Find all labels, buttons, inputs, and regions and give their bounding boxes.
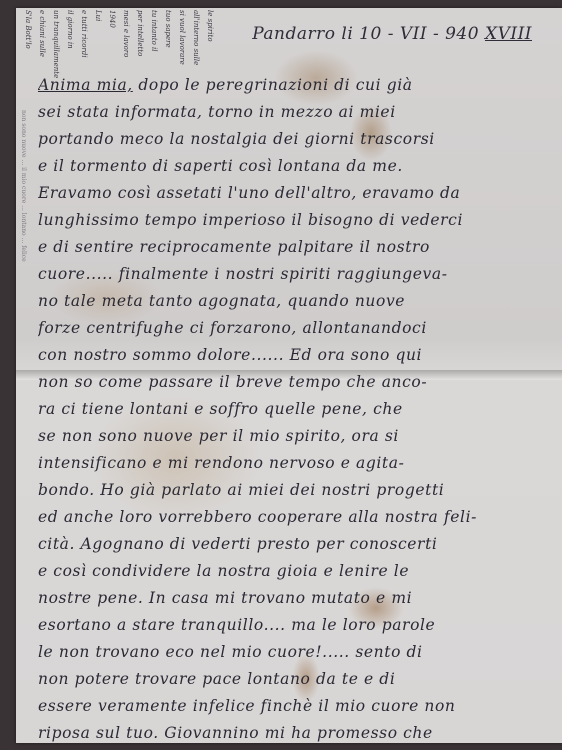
letter-line: essere veramente infelice finchè il mio … [38,693,553,720]
letter-line: bondo. Ho già parlato ai miei dei nostri… [38,477,553,504]
letter-line: le non trovano eco nel mio cuore!..... s… [38,639,553,666]
letter-header: Pandarro li 10 - VII - 940 XVIII [252,24,532,44]
letter-body: Anima mia, dopo le peregrinazioni di cui… [38,72,553,747]
letter-line: nostre pene. In casa mi trovano mutato e… [38,585,553,612]
letter-line: ed anche loro vorrebbero cooperare alla … [38,504,553,531]
letter-line: non so come passare il breve tempo che a… [38,369,553,396]
letter-line: e di sentire reciprocamente palpitare il… [38,234,553,261]
letter-line: forze centrifughe ci forzarono, allontan… [38,315,553,342]
letter-line: portando meco la nostalgia dei giorni tr… [38,126,553,153]
letter-line: Eravamo così assetati l'uno dell'altro, … [38,180,553,207]
header-date: li 10 - VII - 940 [341,24,479,44]
letter-line: cuore..... finalmente i nostri spiriti r… [38,261,553,288]
salutation: Anima mia, [38,76,133,94]
letter-line: sei stata informata, torno in mezzo ai m… [38,99,553,126]
letter-line: esortano a stare tranquillo.... ma le lo… [38,612,553,639]
letter-line: riposa sul tuo. Giovannino mi ha promess… [38,720,553,747]
header-era: XVIII [485,24,532,44]
letter-line: Anima mia, dopo le peregrinazioni di cui… [38,72,553,99]
letter-line: con nostro sommo dolore...... Ed ora son… [38,342,553,369]
header-place: Pandarro [252,24,335,44]
letter-line: no tale meta tanto agognata, quando nuov… [38,288,553,315]
letter-line: intensificano e mi rendono nervoso e agi… [38,450,553,477]
letter-line: e il tormento di saperti così lontana da… [38,153,553,180]
letter-line: se non sono nuove per il mio spirito, or… [38,423,553,450]
left-margin-note: non sono nuove ... il mio cuore ... lont… [20,110,27,730]
letter-line: non potere trovare pace lontano da te e … [38,666,553,693]
letter-line-text: dopo le peregrinazioni di cui già [138,76,412,94]
letter-line: cità. Agognano di vederti presto per con… [38,531,553,558]
letter-line: e così condividere la nostra gioia e len… [38,558,553,585]
margin-note-line: S'la Bott'lo [24,10,32,100]
letter-line: ra ci tiene lontani e soffro quelle pene… [38,396,553,423]
letter-line: lunghissimo tempo imperioso il bisogno d… [38,207,553,234]
